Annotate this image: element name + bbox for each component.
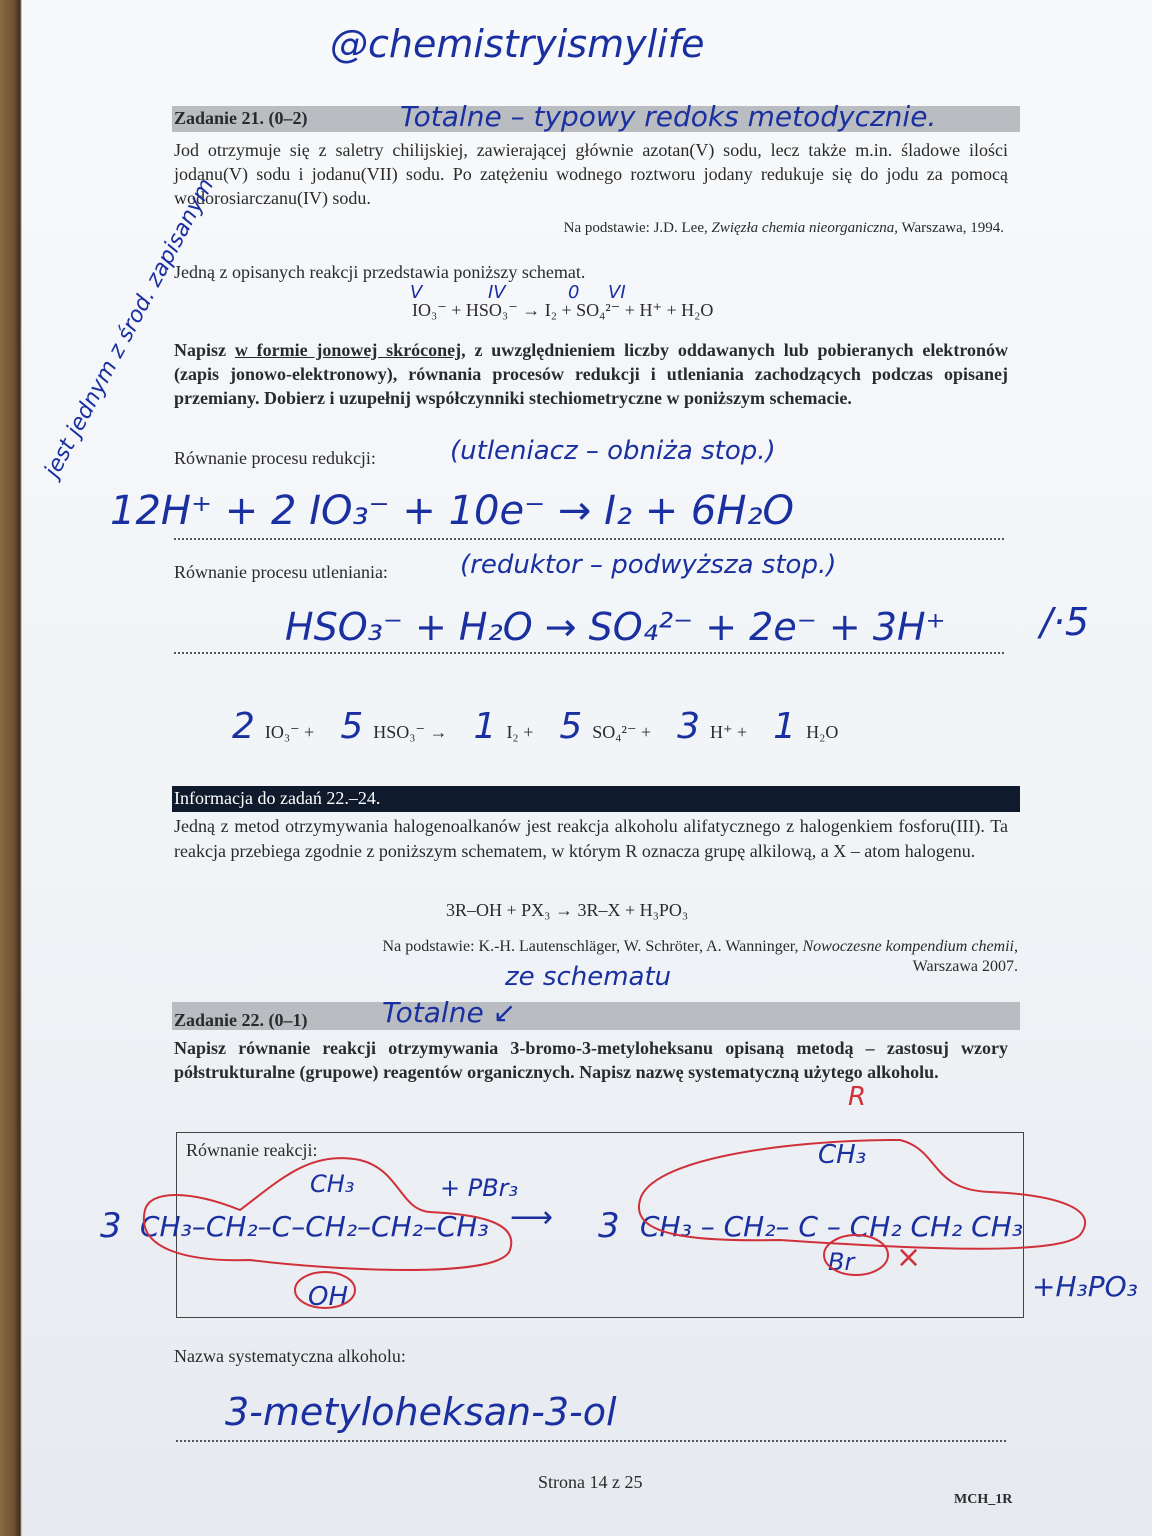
info-source: Na podstawie: K.-H. Lautenschläger, W. S… — [383, 938, 1018, 956]
reduction-answer: 12H⁺ + 2 IO₃⁻ + 10e⁻ → I₂ + 6H₂O — [110, 488, 794, 534]
coef-so4: 5 — [559, 706, 582, 747]
task21-intro: Jod otrzymuje się z saletry chilijskiej,… — [174, 138, 1008, 210]
product-coefficient: 3 — [598, 1206, 620, 1246]
name-answer: 3-metyloheksan-3-ol — [225, 1390, 617, 1434]
task21-instruction: Napisz w formie jonowej skróconej, z uwz… — [174, 338, 1008, 410]
oxidation-answer: HSO₃⁻ + H₂O → SO₄²⁻ + 2e⁻ + 3H⁺ — [285, 605, 946, 649]
oxidation-note: (reduktor – podwyższa stop.) — [460, 550, 836, 580]
task21-source: Na podstawie: J.D. Lee, Zwięzła chemia n… — [564, 220, 1004, 237]
info-source-line2: Warszawa 2007. — [913, 958, 1018, 976]
task21-header: Zadanie 21. (0–2) — [174, 108, 308, 129]
red-circle-product — [630, 1120, 1100, 1280]
task22-header: Zadanie 22. (0–1) — [174, 1010, 308, 1031]
answer-line — [176, 1440, 1006, 1442]
info-scheme: 3R–OH + PX₃ → 3R–X + H₃PO₃ — [446, 900, 688, 921]
task21-header-annotation: Totalne – typowy redoks metodycznie. — [400, 100, 936, 133]
reduction-note: (utleniacz – obniża stop.) — [450, 436, 776, 466]
task22-annotation-above: ze schematu — [505, 962, 671, 992]
task22-header-annotation: Totalne ↙ — [382, 996, 516, 1029]
info-header: Informacja do zadań 22.–24. — [174, 788, 380, 809]
info-text: Jedną z metod otrzymywania halogenoalkan… — [174, 814, 1008, 864]
reactant-coefficient: 3 — [100, 1206, 122, 1246]
oxidation-label: Równanie procesu utleniania: — [174, 562, 388, 583]
coef-hso3: 5 — [340, 706, 363, 747]
coef-i2: 1 — [474, 706, 497, 747]
task22-instruction: Napisz równanie reakcji otrzymywania 3-b… — [174, 1036, 1008, 1084]
coef-io3: 2 — [232, 706, 255, 747]
name-label: Nazwa systematyczna alkoholu: — [174, 1346, 406, 1367]
coefficients-row: 2IO₃⁻ + 5HSO₃⁻ → 1I₂ + 5SO₄²⁻ + 3H⁺ + 1H… — [232, 706, 838, 747]
reduction-label: Równanie procesu redukcji: — [174, 448, 376, 469]
coef-h: 3 — [677, 706, 700, 747]
red-annotation-R: R — [848, 1082, 866, 1112]
oxidation-multiplier: /·5 — [1040, 600, 1089, 644]
answer-line — [174, 538, 1004, 540]
page-number: Strona 14 z 25 — [538, 1472, 642, 1493]
answer-line — [174, 652, 1004, 654]
watermark-handwritten: @chemistryismylife — [330, 22, 704, 66]
scheme-intro: Jedną z opisanych reakcji przedstawia po… — [174, 262, 585, 283]
redox-scheme: IO₃⁻ + HSO₃⁻ → I₂ + SO₄²⁻ + H⁺ + H₂O — [412, 300, 713, 321]
exam-code: MCH_1R — [954, 1492, 1012, 1508]
red-circle-reactant — [130, 1150, 530, 1310]
coef-h2o: 1 — [773, 706, 796, 747]
